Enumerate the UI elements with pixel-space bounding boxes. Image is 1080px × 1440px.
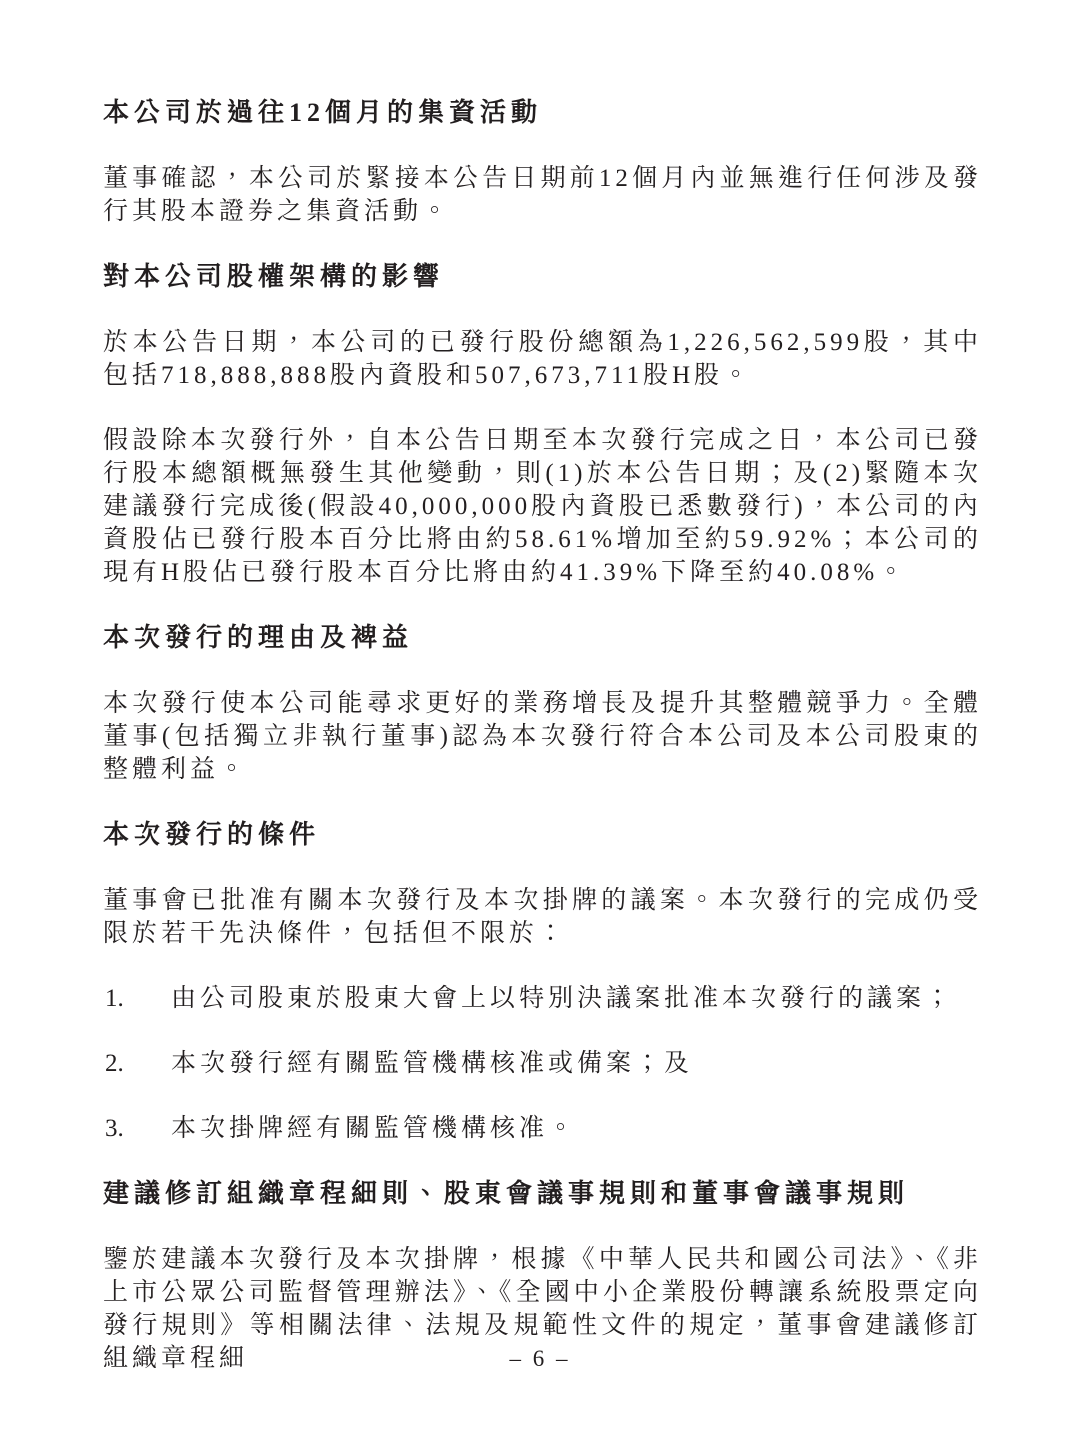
section-heading-shareholding-effect: 對本公司股權架構的影響 [103, 260, 982, 294]
page-number: – 6 – [0, 1346, 1080, 1372]
paragraph-issued-shares: 於本公告日期，本公司的已發行股份總額為1,226,562,599股，其中包括71… [103, 326, 982, 392]
section-heading-conditions: 本次發行的條件 [103, 818, 982, 852]
section-heading-amend-articles: 建議修訂組織章程細則、股東會議事規則和董事會議事規則 [103, 1177, 982, 1211]
condition-item-3: 3. 本次掛牌經有關監管機構核准。 [103, 1112, 982, 1145]
paragraph-reasons-benefits: 本次發行使本公司能尋求更好的業務增長及提升其整體競爭力。全體董事(包括獨立非執行… [103, 687, 982, 786]
condition-number-1: 1. [105, 982, 124, 1015]
condition-text-1: 由公司股東於股東大會上以特別決議案批准本次發行的議案； [171, 985, 954, 1012]
document-page: 本公司於過往12個月的集資活動 董事確認，本公司於緊接本公告日期前12個月內並無… [0, 0, 1080, 1440]
paragraph-past-fundraising: 董事確認，本公司於緊接本公告日期前12個月內並無進行任何涉及發行其股本證券之集資… [103, 162, 982, 228]
condition-item-1: 1. 由公司股東於股東大會上以特別決議案批准本次發行的議案； [103, 982, 982, 1015]
section-heading-past-fundraising: 本公司於過往12個月的集資活動 [103, 96, 982, 130]
condition-text-3: 本次掛牌經有關監管機構核准。 [171, 1115, 577, 1142]
paragraph-shareholding-percentages: 假設除本次發行外，自本公告日期至本次發行完成之日，本公司已發行股本總額概無發生其… [103, 424, 982, 589]
condition-text-2: 本次發行經有關監管機構核准或備案；及 [171, 1050, 693, 1077]
paragraph-conditions-intro: 董事會已批准有關本次發行及本次掛牌的議案。本次發行的完成仍受限於若干先決條件，包… [103, 884, 982, 950]
condition-number-3: 3. [105, 1112, 124, 1145]
section-heading-reasons-benefits: 本次發行的理由及裨益 [103, 621, 982, 655]
conditions-list: 1. 由公司股東於股東大會上以特別決議案批准本次發行的議案； 2. 本次發行經有… [103, 982, 982, 1145]
condition-number-2: 2. [105, 1047, 124, 1080]
condition-item-2: 2. 本次發行經有關監管機構核准或備案；及 [103, 1047, 982, 1080]
